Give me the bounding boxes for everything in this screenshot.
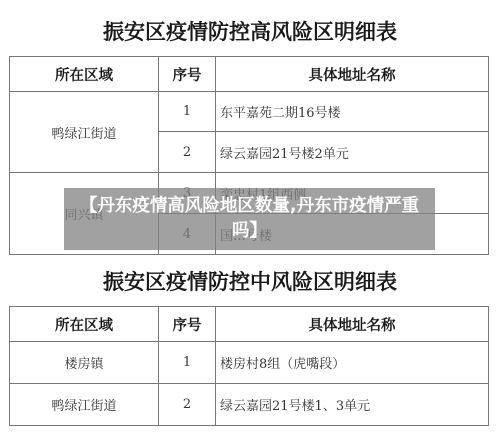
medium-risk-table: 所在区域 序号 具体地址名称 楼房镇 1 楼房村8组（虎嘴段） 鸭绿江街道 2 … <box>9 306 489 426</box>
address-cell: 东平嘉苑二期16号楼 <box>216 92 489 132</box>
header-area: 所在区域 <box>10 57 159 92</box>
header-area: 所在区域 <box>10 307 159 342</box>
no-cell: 1 <box>159 92 216 132</box>
address-cell: 楼房村8组（虎嘴段） <box>216 342 489 384</box>
header-no: 序号 <box>159 57 216 92</box>
no-cell: 2 <box>159 132 216 173</box>
area-cell: 鸭绿江街道 <box>10 92 159 173</box>
header-no: 序号 <box>159 307 216 342</box>
medium-risk-title: 振安区疫情防控中风险区明细表 <box>0 266 500 296</box>
header-address: 具体地址名称 <box>216 57 489 92</box>
area-cell: 楼房镇 <box>10 342 159 384</box>
table-header-row: 所在区域 序号 具体地址名称 <box>10 57 489 92</box>
table-row: 鸭绿江街道 1 东平嘉苑二期16号楼 <box>10 92 489 132</box>
high-risk-title: 振安区疫情防控高风险区明细表 <box>0 16 500 46</box>
table-row: 楼房镇 1 楼房村8组（虎嘴段） <box>10 342 489 384</box>
header-address: 具体地址名称 <box>216 307 489 342</box>
address-cell: 绿云嘉园21号楼2单元 <box>216 132 489 173</box>
caption-text: 【丹东疫情高风险地区数量,丹东市疫情严重吗】 <box>70 194 430 244</box>
table-header-row: 所在区域 序号 具体地址名称 <box>10 307 489 342</box>
no-cell: 1 <box>159 342 216 384</box>
caption-overlay: 【丹东疫情高风险地区数量,丹东市疫情严重吗】 <box>64 188 435 250</box>
no-cell: 2 <box>159 384 216 426</box>
table-row: 鸭绿江街道 2 绿云嘉园21号楼1、3单元 <box>10 384 489 426</box>
area-cell: 鸭绿江街道 <box>10 384 159 426</box>
address-cell: 绿云嘉园21号楼1、3单元 <box>216 384 489 426</box>
